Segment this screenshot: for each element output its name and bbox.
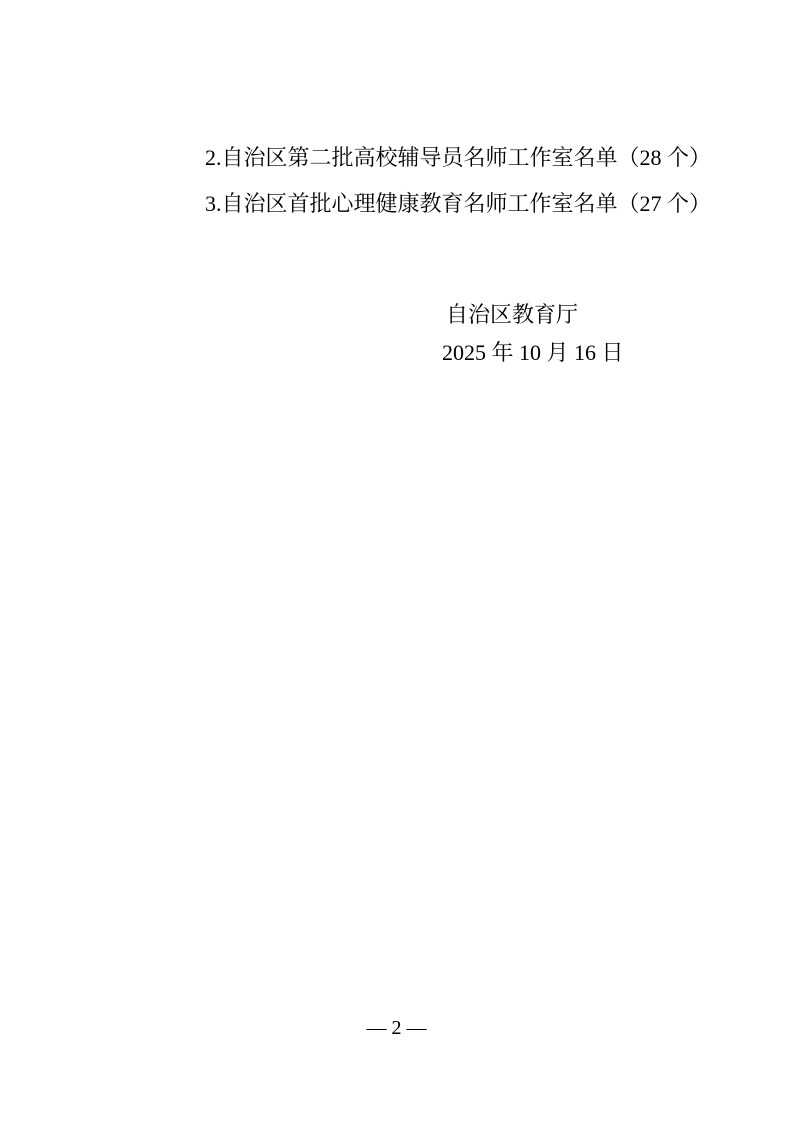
page-number: — 2 — [0,1016,793,1040]
attachment-item-3: 3.自治区首批心理健康教育名师工作室名单（27 个） [205,181,711,227]
attachment-list: 2.自治区第二批高校辅导员名师工作室名单（28 个） 3.自治区首批心理健康教育… [205,135,711,227]
signature-organization: 自治区教育厅 [446,302,578,328]
signature-date: 2025 年 10 月 16 日 [442,340,624,366]
document-page: 2.自治区第二批高校辅导员名师工作室名单（28 个） 3.自治区首批心理健康教育… [0,0,793,1122]
attachment-item-2: 2.自治区第二批高校辅导员名师工作室名单（28 个） [205,135,711,181]
